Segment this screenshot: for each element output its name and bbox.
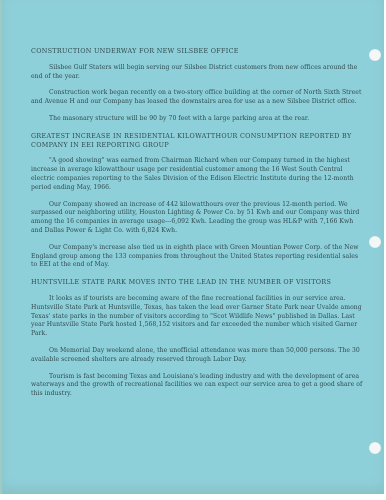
paragraph: Construction work began recently on a tw…: [31, 89, 363, 107]
headline: HUNTSVILLE STATE PARK MOVES INTO THE LEA…: [31, 278, 363, 287]
document-page: CONSTRUCTION UNDERWAY FOR NEW SILSBEE OF…: [0, 0, 384, 494]
paragraph: Our Company showed an increase of 442 ki…: [31, 201, 363, 236]
paragraph: It looks as if tourists are becoming awa…: [31, 295, 363, 339]
headline: CONSTRUCTION UNDERWAY FOR NEW SILSBEE OF…: [31, 47, 363, 56]
paragraph: Silsbee Gulf Staters will begin serving …: [31, 64, 363, 82]
headline: GREATEST INCREASE IN RESIDENTIAL KILOWAT…: [31, 132, 363, 150]
paragraph: On Memorial Day weekend alone, the unoff…: [31, 347, 363, 365]
binder-hole-top: [369, 49, 381, 61]
paragraph: The masonary structure will be 90 by 70 …: [31, 115, 363, 124]
paragraph: "A good showing" was earned from Chairma…: [31, 157, 363, 192]
section-huntsville-park: HUNTSVILLE STATE PARK MOVES INTO THE LEA…: [31, 278, 363, 399]
section-kwh-increase: GREATEST INCREASE IN RESIDENTIAL KILOWAT…: [31, 132, 363, 270]
document-body: CONSTRUCTION UNDERWAY FOR NEW SILSBEE OF…: [31, 47, 363, 407]
section-silsbee-office: CONSTRUCTION UNDERWAY FOR NEW SILSBEE OF…: [31, 47, 363, 124]
paragraph: Our Company's increase also tied us in e…: [31, 244, 363, 270]
paragraph: Tourism is fast becoming Texas and Louis…: [31, 373, 363, 399]
binder-hole-middle: [369, 236, 381, 248]
binder-hole-bottom: [369, 442, 381, 454]
